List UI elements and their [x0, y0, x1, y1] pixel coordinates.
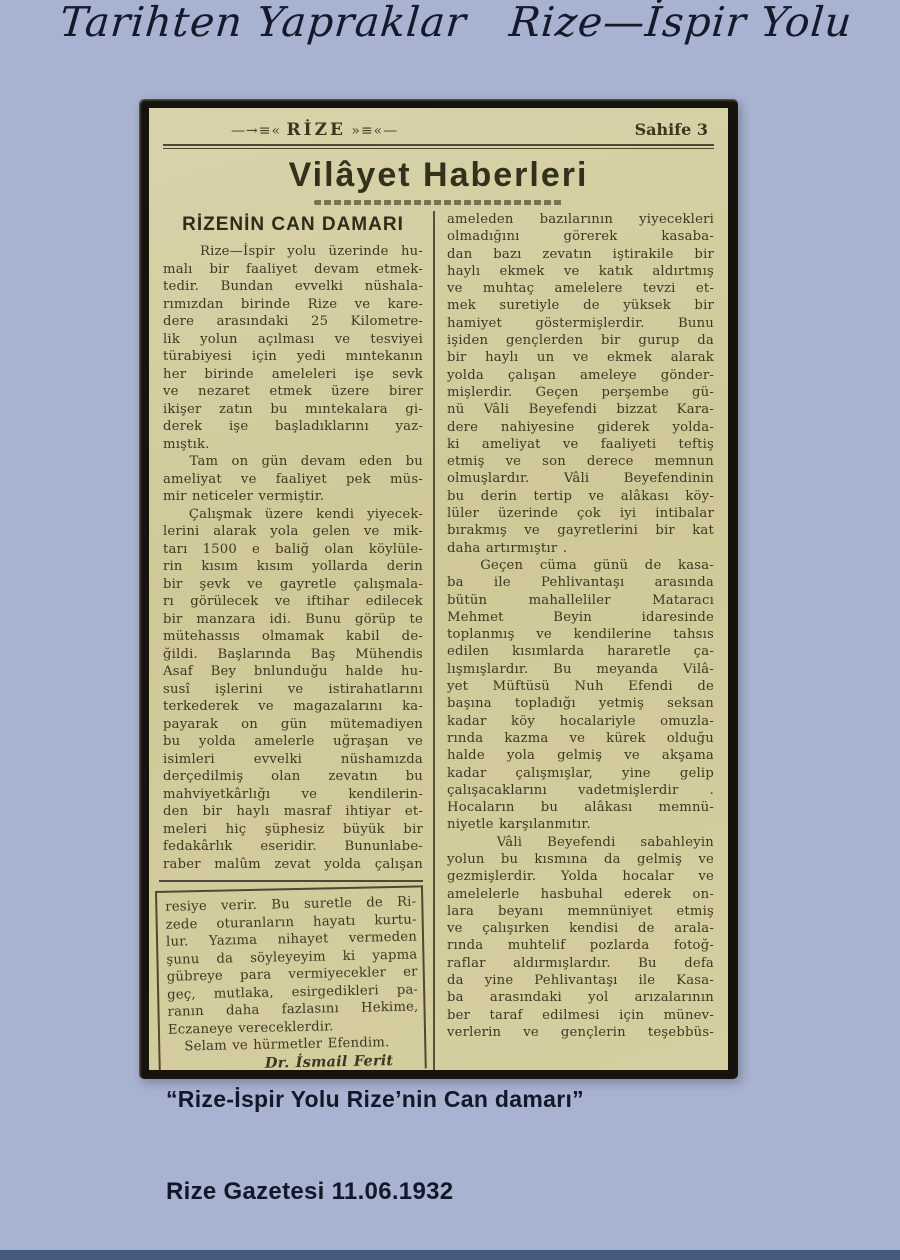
newspaper-page: —→≡« RİZE »≡«— Sahife 3 Vilâyet Haberler…: [149, 108, 728, 1070]
text-line: mıştık.: [163, 436, 423, 454]
text-line: bir haylı un ve ekmek alarak: [447, 349, 714, 366]
text-line: toplanmış ve kendilerine tahsıs: [447, 626, 714, 643]
text-line: nü Vâli Beyefendi bizzat Kara-: [447, 401, 714, 418]
text-line: mişlerdir. Geçen perşembe gü-: [447, 384, 714, 401]
article-headline: RİZENİN CAN DAMARI: [163, 214, 423, 236]
text-line: bir manzara idi. Bunu görüp te: [163, 611, 423, 629]
text-line: Asaf Bey bnlunduğu halde hu-: [163, 663, 423, 681]
text-line: olmadığını görerek kasaba-: [447, 228, 714, 245]
newspaper-photo-frame: —→≡« RİZE »≡«— Sahife 3 Vilâyet Haberler…: [139, 99, 738, 1079]
text-line: dere nahiyesine giderek yolda-: [447, 419, 714, 436]
text-line: Rize—İspir yolu üzerinde hu-: [163, 243, 423, 261]
text-line: türabiyesi için yedi mıntekanın: [163, 348, 423, 366]
text-line: bu derin tertip ve alâkası köy-: [447, 488, 714, 505]
text-line: fedakârlık eseridir. Bununlabe-: [163, 838, 423, 856]
text-line: rı görülecek ve iftihar edilecek: [163, 593, 423, 611]
text-line: yolun bu kısmına da gelmiş ve: [447, 851, 714, 868]
text-line: ikişer zatın bu mıntekalara gi-: [163, 401, 423, 419]
text-line: ki ameliyat ve faaliyeti teftiş: [447, 436, 714, 453]
text-line: lışmışlardır. Bu meyanda Vilâ-: [447, 661, 714, 678]
right-column: ameleden bazılarının yiyecekleriolmadığı…: [435, 211, 714, 1070]
article-columns: RİZENİN CAN DAMARI Rize—İspir yolu üzeri…: [163, 211, 714, 1070]
text-line: hamiyet göstermişlerdir. Bunu: [447, 315, 714, 332]
text-line: rında muhtelif pozlarda fotoğ-: [447, 937, 714, 954]
text-line: ğildi. Başlarında Baş Mühendis: [163, 646, 423, 664]
text-line: ameleden bazılarının yiyecekleri: [447, 211, 714, 228]
text-line: lüler üzerinde çok iyi intibalar: [447, 505, 714, 522]
page-number-label: Sahife 3: [635, 120, 708, 139]
text-line: rin kısım kısım yollarda derin: [163, 558, 423, 576]
text-line: haylı ekmek ve katık aldırtmış: [447, 263, 714, 280]
text-line: mek suretiyle de yüksek bir: [447, 297, 714, 314]
text-line: kadar köy hocalariyle omuzla-: [447, 713, 714, 730]
text-line: mahviyetkârlığı ve kendilerin-: [163, 786, 423, 804]
text-line: yet Müftüsü Nuh Efendi de: [447, 678, 714, 695]
text-line: malı bir faaliyet devam etmek-: [163, 261, 423, 279]
text-line: Hocaların bu alâkası memnü-: [447, 799, 714, 816]
text-line: derek işe başladıklarını yaz-: [163, 418, 423, 436]
text-line: dere arasındaki 25 Kilometre-: [163, 313, 423, 331]
text-line: lik yolun açılması ve tesviyei: [163, 331, 423, 349]
text-line: rımızdan birinde Rize ve kare-: [163, 296, 423, 314]
text-line: raflar aldırmışlardır. Bu defa: [447, 955, 714, 972]
text-line: payarak on gün mütemadiyen: [163, 716, 423, 734]
text-line: tedir. Bundan evvelki nüshala-: [163, 278, 423, 296]
text-line: başına topladığı yetmiş seksan: [447, 695, 714, 712]
letter-box: resiye verir. Bu suretle de Ri-zede otur…: [155, 885, 427, 1070]
text-line: terkederek ve magazalarını ka-: [163, 698, 423, 716]
text-line: bütün mahalleliler Mataracı: [447, 592, 714, 609]
text-line: niyetle karşılanmıtır.: [447, 816, 714, 833]
text-line: ameliyat ve faaliyet pek müs-: [163, 471, 423, 489]
decorative-squiggle: [314, 200, 564, 205]
text-line: rında kazma ve kürek olduğu: [447, 730, 714, 747]
newspaper-masthead-row: —→≡« RİZE »≡«— Sahife 3: [163, 120, 714, 144]
text-line: daha artırmıştır .: [447, 540, 714, 557]
text-line: dan bazı zevatın iştirakile bir: [447, 246, 714, 263]
text-line: bırakmış ve gayretlerini bir kat: [447, 522, 714, 539]
text-line: da yine Pehlivantaşı ile Kasa-: [447, 972, 714, 989]
text-line: amelelerle hasbuhal ederek on-: [447, 886, 714, 903]
masthead-ornament-right-icon: »≡«—: [351, 123, 398, 139]
text-line: Vâli Beyefendi sabahleyin: [447, 834, 714, 851]
text-line: lerini alarak yola gelen ve mik-: [163, 523, 423, 541]
text-line: halde yola gelmiş ve akşama: [447, 747, 714, 764]
text-line: mir neticeler vermiştir.: [163, 488, 423, 506]
text-line: ve çalışırken kendisi de arala-: [447, 920, 714, 937]
article-end-rule: [159, 880, 423, 882]
text-line: olmuşlardır. Vâli Beyefendinin: [447, 470, 714, 487]
newspaper-name: RİZE: [286, 120, 345, 140]
text-line: bir şevk ve gayretle çalışmala-: [163, 576, 423, 594]
text-line: mütehassıs olmamak kabil de-: [163, 628, 423, 646]
text-line: den bir haylı masraf ihtiyar et-: [163, 803, 423, 821]
masthead-ornament-left-icon: —→≡«: [231, 123, 281, 139]
text-line: Çalışmak üzere kendi yiyecek-: [163, 506, 423, 524]
text-line: meleri hiç şüphesiz büyük bir: [163, 821, 423, 839]
text-line: etmiş ve son derece memnun: [447, 453, 714, 470]
left-column: RİZENİN CAN DAMARI Rize—İspir yolu üzeri…: [163, 211, 435, 1070]
text-line: lara beyanı memnüniyet etmiş: [447, 903, 714, 920]
text-line: Tam on gün devam eden bu: [163, 453, 423, 471]
newspaper-masthead: —→≡« RİZE »≡«—: [231, 120, 398, 140]
text-line: tarı 1500 e baliğ olan köylüle-: [163, 541, 423, 559]
text-line: çalışacaklarını vadetmişlerdir .: [447, 782, 714, 799]
text-line: ve nezaret etmek üzere birer: [163, 383, 423, 401]
text-line: raber malûm zevat yolda çalışan: [163, 856, 423, 874]
text-line: ve muhtaç amelelere tevzi et-: [447, 280, 714, 297]
text-line: yolda çalışan ameleye gönder-: [447, 367, 714, 384]
text-line: ber taraf edilmesi için münev-: [447, 1007, 714, 1024]
header-divider: [163, 144, 714, 149]
left-column-text: Rize—İspir yolu üzerinde hu-malı bir faa…: [163, 243, 423, 873]
page-title-script: Tarihten Yapraklar Rize—İspir Yolu: [58, 0, 882, 46]
text-line: gezmişlerdir. Yolda hocalar ve: [447, 868, 714, 885]
caption-source: Rize Gazetesi 11.06.1932: [166, 1178, 453, 1206]
text-line: Geçen cüma günü de kasa-: [447, 557, 714, 574]
text-line: ba ile Pehlivantaşı arasında: [447, 574, 714, 591]
caption-quote: “Rize-İspir Yolu Rize’nin Can damarı”: [166, 1086, 584, 1113]
text-line: işiden gençlerden bir gurup da: [447, 332, 714, 349]
text-line: derçedilmiş olan zevatın bu: [163, 768, 423, 786]
text-line: her birinde ameleleri işe sevk: [163, 366, 423, 384]
text-line: isimleri evvelki nüshamızda: [163, 751, 423, 769]
text-line: bu yolda amelerle uğraşan ve: [163, 733, 423, 751]
text-line: susî işlerini ve istirahatlarını: [163, 681, 423, 699]
text-line: ba arasındaki yol arızalarının: [447, 989, 714, 1006]
section-title: Vilâyet Haberleri: [163, 156, 714, 195]
text-line: edilen kısımlarda hararetle ça-: [447, 643, 714, 660]
text-line: verlerin ve gençlerin teşebbüs-: [447, 1024, 714, 1041]
text-line: Mehmet Beyin idaresinde: [447, 609, 714, 626]
text-line: kadar çalışmışlar, yine gelip: [447, 765, 714, 782]
bottom-accent-bar: [0, 1250, 900, 1260]
